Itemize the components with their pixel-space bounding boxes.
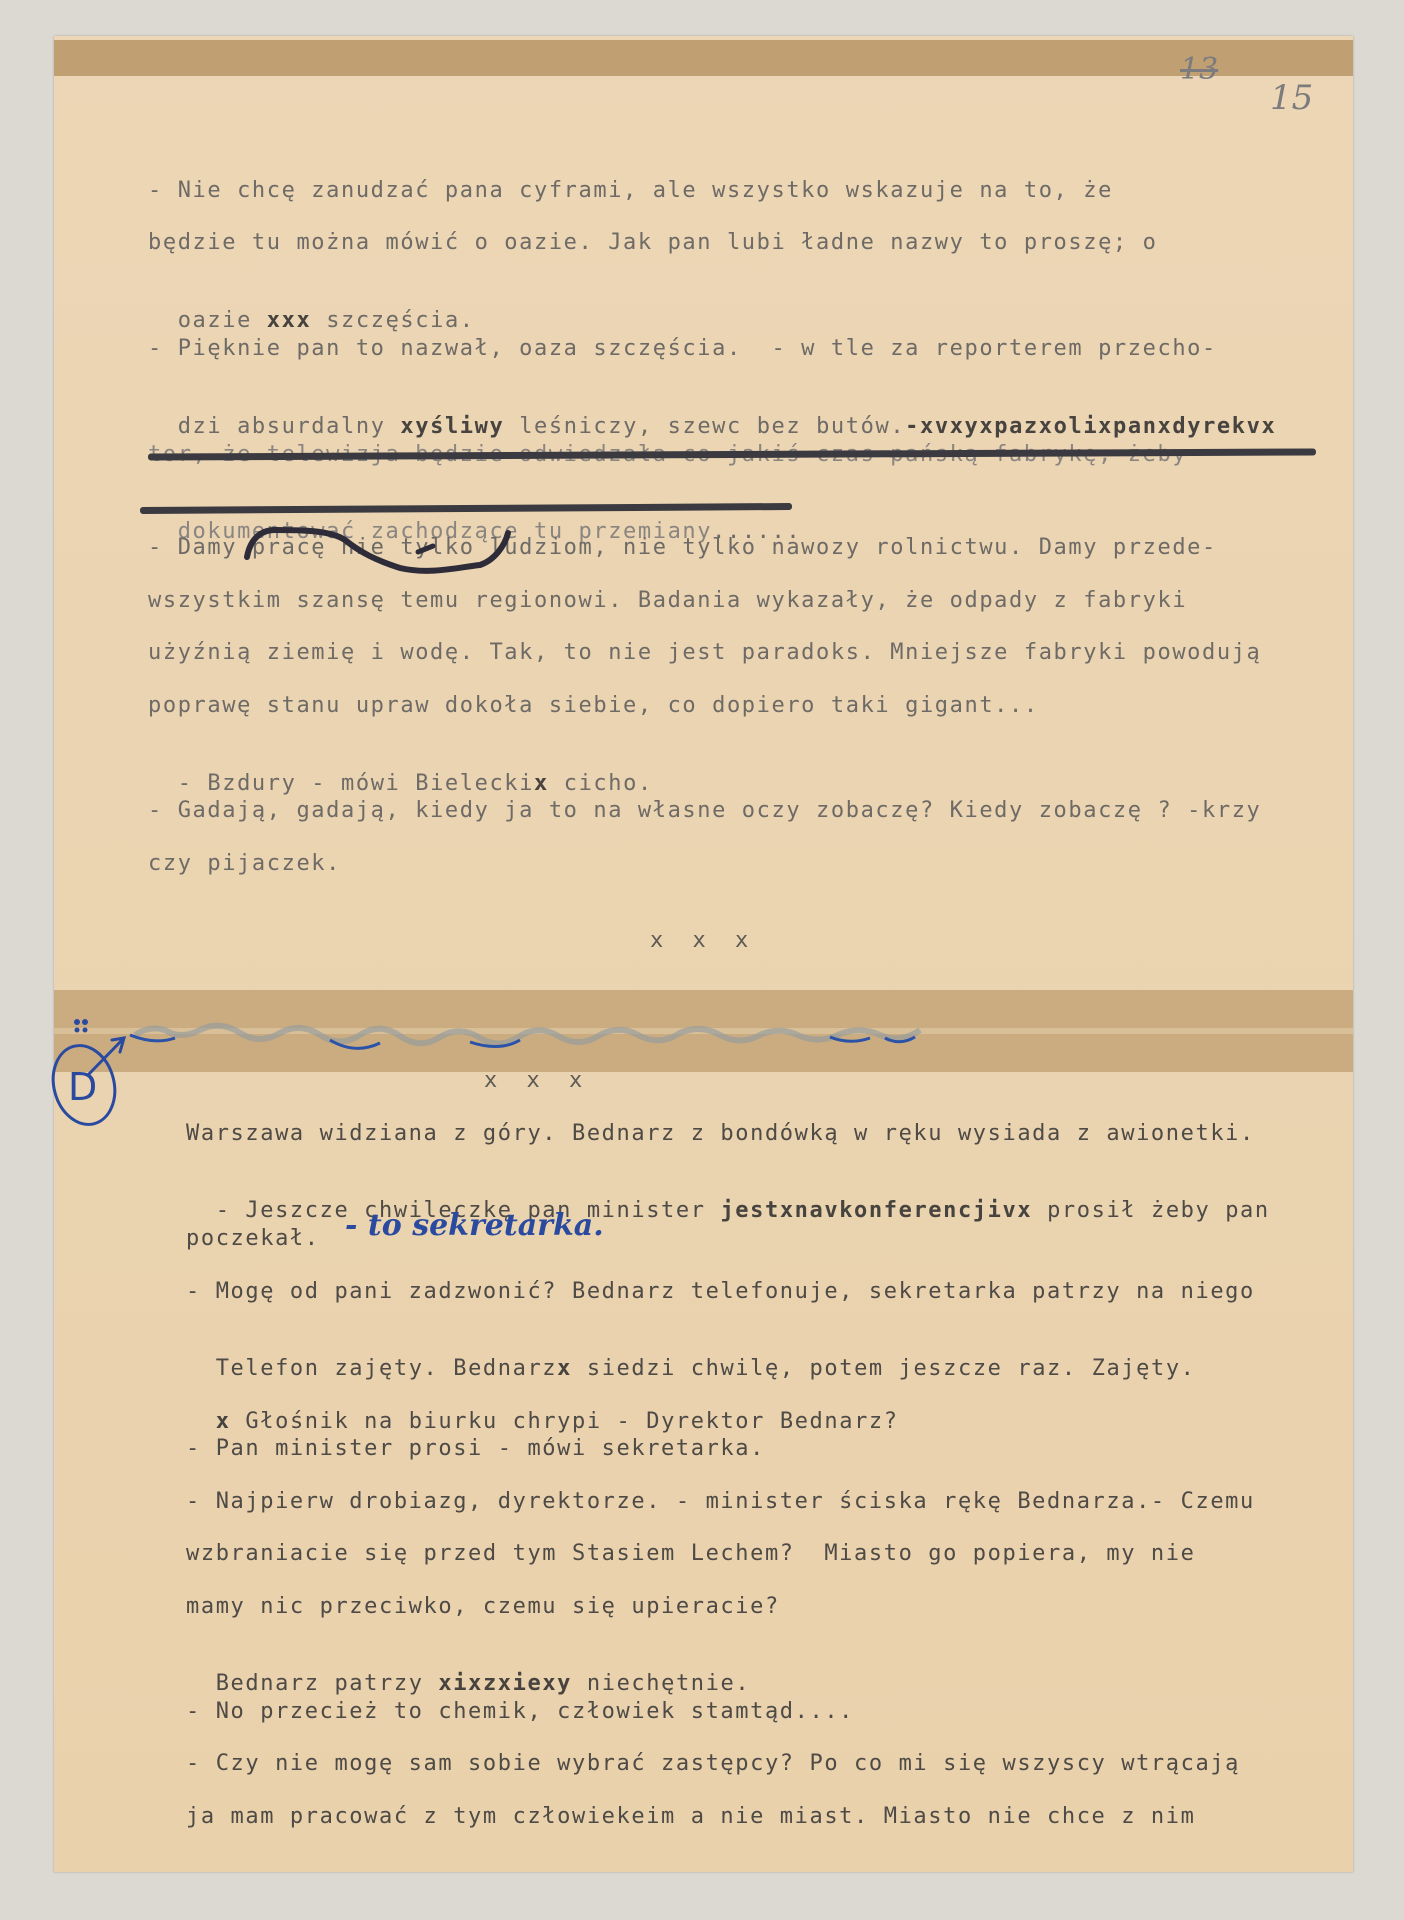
text-line: - Damy pracę nie tylko ludziom, nie tylk… [148,535,1217,560]
text-line: będzie tu można mówić o oazie. Jak pan l… [148,230,1157,255]
top-tape-strip [54,40,1353,76]
text-line: dzi absurdalny xyśliwy leśniczy, szewc b… [148,389,1276,439]
text-line: ja mam pracować z tym człowiekeim a nie … [186,1804,1195,1829]
text-line: Telefon zajęty. Bednarzx siedzi chwilę, … [186,1331,1196,1381]
text-line: oazie xxx szczęścia. [148,283,475,333]
text-line: mamy nic przeciwko, czemu się upieracie? [186,1594,780,1619]
text-line: poprawę stanu upraw dokoła siebie, co do… [148,693,1039,718]
middle-tape-strip [54,990,1353,1072]
section-separator: x x x [484,1068,590,1093]
typed-overstrike: xyśliwy [400,414,504,439]
text-line: czy pijaczek. [148,851,341,876]
typed-overstrike: xixzxiexy [438,1671,572,1696]
text-line: poczekał. [186,1226,320,1251]
typed-overstrike: jestxnavkonferencjivx [720,1198,1032,1223]
text-line: - Gadają, gadają, kiedy ja to na własne … [148,798,1261,823]
text-line: Bednarz patrzy xixzxiexy niechętnie. [186,1646,750,1696]
page-number: 15 [1270,78,1313,118]
text-line: - Najpierw drobiazg, dyrektorze. - minis… [186,1489,1255,1514]
text-line: - No przecież to chemik, człowiek stamtą… [186,1699,854,1724]
struck-page-number: 13 [1180,52,1218,87]
text-line: wszystkim szansę temu regionowi. Badania… [148,588,1187,613]
handwritten-note: - to sekretarka. [345,1208,604,1243]
text-line: - Czy nie mogę sam sobie wybrać zastępcy… [186,1751,1240,1776]
section-separator: x x x [650,928,756,953]
text-line: użyźnią ziemię i wodę. Tak, to nie jest … [148,640,1261,665]
typed-overstrike: -xvxyxpazxolixpanxdyrekvx [905,414,1276,439]
typed-overstrike: xxx [267,308,312,333]
text-line: x Głośnik na biurku chrypi - Dyrektor Be… [186,1384,899,1434]
text-line: Warszawa widziana z góry. Bednarz z bond… [186,1121,1255,1146]
text-line: - Pięknie pan to nazwał, oaza szczęścia.… [148,336,1217,361]
text-line: wzbraniacie się przed tym Stasiem Lechem… [186,1541,1195,1566]
text-line: - Mogę od pani zadzwonić? Bednarz telefo… [186,1279,1255,1304]
text-line: - Bzdury - mówi Bieleckix cicho. [148,746,653,796]
text-line: - Pan minister prosi - mówi sekretarka. [186,1436,765,1461]
text-line: - Nie chcę zanudzać pana cyframi, ale ws… [148,178,1113,203]
